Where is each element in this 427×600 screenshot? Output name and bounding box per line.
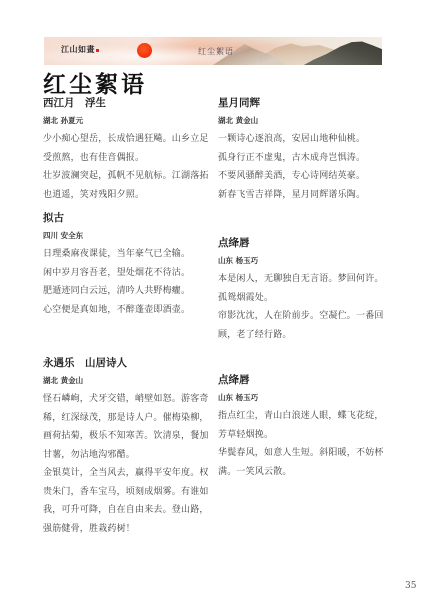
poem-dianjiangchun-1: 点绛唇 山东 杨玉巧 本是闲人，无聊独自无言语。梦回何许。孤鸳烟霞处。 帘影沈沈…	[218, 235, 388, 344]
poem-line: 闲中岁月容吾老，望处烟花不待沽。	[43, 264, 213, 283]
poem-line: 心空便是真如地，不醉蓬壶即酒壶。	[43, 301, 213, 320]
poem-line: 本是闲人，无聊独自无言语。梦回何许。孤鸳烟霞处。	[218, 270, 388, 307]
page-number: 35	[405, 581, 416, 591]
poem-author: 湖北 黄金山	[218, 112, 388, 130]
poem-xingyuetonghui: 星月同辉 湖北 黄金山 一颗诗心逐浪高，安居山地种仙桃。 孤身行正不虚鬼，古木成…	[218, 95, 388, 204]
poem-author: 湖北 黄金山	[43, 372, 213, 390]
poem-line: 日理桑麻夜课徒，当年豪气已全输。	[43, 245, 213, 264]
poem-title: 西江月 浮生	[43, 95, 213, 111]
poem-line: 一颗诗心逐浪高，安居山地种仙桃。	[218, 130, 388, 149]
poem-line: 新春飞雪吉祥降，星月同辉谱乐陶。	[218, 186, 388, 205]
poem-line: 肥遁迹同白云远，清吟人共野梅癯。	[43, 282, 213, 301]
poem-line: 华鬓春风，如意人生短。斜阳暖，不妨杯满。一笑风云散。	[218, 444, 388, 481]
poem-line: 不要风骚醉美酒，专心诗网结英豪。	[218, 167, 388, 186]
poem-line: 少小痴心望岳，长成恰遇狂飚。山乡立足受煎熬，也有佳音偶报。	[43, 130, 213, 167]
poem-author: 山东 杨玉巧	[218, 252, 388, 270]
poem-author: 四川 安全东	[43, 227, 213, 245]
banner-title: 红尘絮语	[198, 46, 234, 57]
poem-line: 孤身行正不虚鬼，古木成舟岂惧涛。	[218, 149, 388, 168]
poem-author: 湖北 孙夏元	[43, 112, 213, 130]
poem-title: 点绛唇	[218, 372, 388, 388]
poem-dianjiangchun-2: 点绛唇 山东 杨玉巧 指点红尘，青山白浪迷人眼，蝶飞花绽，芳草轻烟挽。 华鬓春风…	[218, 372, 388, 481]
poem-xijiangyue: 西江月 浮生 湖北 孙夏元 少小痴心望岳，长成恰遇狂飚。山乡立足受煎熬，也有佳音…	[43, 95, 213, 204]
poem-title: 永遇乐 山居诗人	[43, 355, 213, 371]
poem-line: 金银莫计，全当风去，赢得平安年度。权贵朱门，香车宝马，顷刻成烟雾。有谁如我，可升…	[43, 464, 213, 538]
poem-title: 点绛唇	[218, 235, 388, 251]
header-banner: 江山如畫 红尘絮语	[44, 37, 382, 65]
banner-logo-text: 江山如畫	[61, 44, 95, 54]
poem-nigu: 拟古 四川 安全东 日理桑麻夜课徒，当年豪气已全输。 闲中岁月容吾老，望处烟花不…	[43, 210, 213, 319]
poem-line: 壮岁波澜突起，孤帆不见航标。江湖落拓也逍遥，笑对残阳夕照。	[43, 167, 213, 204]
poem-title: 拟古	[43, 210, 213, 226]
poem-line: 指点红尘，青山白浪迷人眼，蝶飞花绽，芳草轻烟挽。	[218, 407, 388, 444]
sun-icon	[137, 43, 152, 58]
poem-line: 帘影沈沈，人在阶前步。空凝伫。一番回顾，老了经行路。	[218, 307, 388, 344]
poem-title: 星月同辉	[218, 95, 388, 111]
banner-logo: 江山如畫	[61, 44, 99, 55]
poem-line: 怪石嶙峋，犬牙交错，峭壁如怒。游客奇稀，红深绿茂，那是诗人户。催梅染柳，画荷拈菊…	[43, 390, 213, 464]
poem-yongyule: 永遇乐 山居诗人 湖北 黄金山 怪石嶙峋，犬牙交错，峭壁如怒。游客奇稀，红深绿茂…	[43, 355, 213, 538]
seal-icon	[96, 49, 99, 52]
poem-author: 山东 杨玉巧	[218, 389, 388, 407]
